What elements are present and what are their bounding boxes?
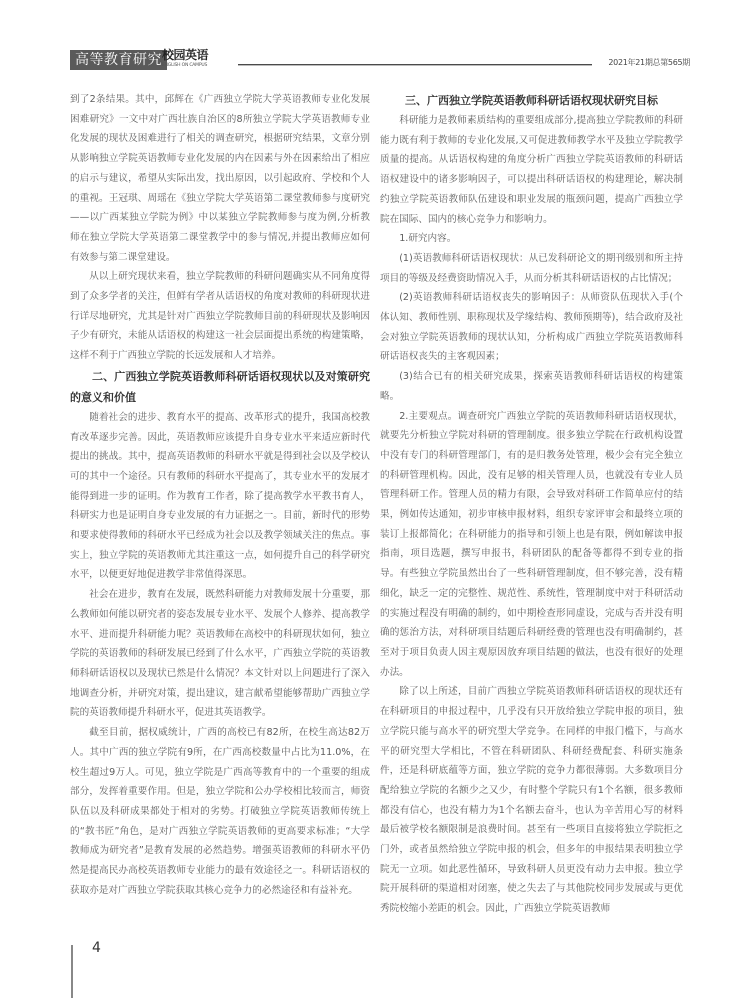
header-rule <box>238 64 592 66</box>
paragraph: 从以上研究现状来看，独立学院教师的科研问题确实从不同角度得到了众多学者的关注，但… <box>70 267 370 366</box>
page-margin-bar <box>71 945 73 998</box>
issue-number: 2021年21期总第565期 <box>608 57 690 68</box>
page-number: 4 <box>92 940 101 956</box>
paragraph: 社会在进步，教育在发展，既然科研能力对教师发展十分重要，那么教师如何能以研究者的… <box>70 585 370 723</box>
paragraph: 到了2条结果。其中，邱辉在《广西独立学院大学英语教师专业化发展困难研究》一文中对… <box>70 90 370 267</box>
journal-title-en: ENGLISH ON CAMPUS <box>162 62 208 69</box>
section-heading: 三、广西独立学院英语教师科研话语权现状研究目标 <box>380 90 683 111</box>
paragraph: (3)结合已有的相关研究成果，探索英语教师科研话语权的构建策略。 <box>380 367 683 406</box>
section-heading: 二、广西独立学院英语教师科研话语权现状以及对策研究的意义和价值 <box>70 366 370 408</box>
section-badge: 高等教育研究 <box>70 50 167 70</box>
paragraph: 截至目前，据权威统计，广西的高校已有82所，在校生高达82万人。其中广西的独立学… <box>70 723 370 900</box>
paragraph: (2)英语教师科研话语权丧失的影响因子：从师资队伍现状入手(个体认知、教师性别、… <box>380 288 683 367</box>
left-column: 到了2条结果。其中，邱辉在《广西独立学院大学英语教师专业化发展困难研究》一文中对… <box>70 90 370 900</box>
paragraph: (1)英语教师科研话语权现状：从已发科研论文的期刊级别和所主持项目的等级及经费资… <box>380 249 683 288</box>
journal-brand: 校园英语 ENGLISH ON CAMPUS <box>162 49 208 69</box>
paragraph: 随着社会的进步、教育水平的提高、改革形式的提升，我国高校教育改革逐步完善。因此，… <box>70 408 370 585</box>
paragraph: 2.主要观点。调查研究广西独立学院的英语教师科研话语权现状，就要先分析独立学院对… <box>380 407 683 683</box>
running-header: 高等教育研究 校园英语 ENGLISH ON CAMPUS 2021年21期总第… <box>70 50 690 72</box>
paragraph: 科研能力是教师素质结构的重要组成部分,提高独立学院教师的科研能力既有利于教师的专… <box>380 111 683 229</box>
right-column: 三、广西独立学院英语教师科研话语权现状研究目标 科研能力是教师素质结构的重要组成… <box>380 90 683 919</box>
paragraph: 除了以上所述，目前广西独立学院英语教师科研话语权的现状还有在科研项目的申报过程中… <box>380 682 683 918</box>
paragraph: 1.研究内容。 <box>380 229 683 249</box>
journal-title-cn: 校园英语 <box>162 49 208 62</box>
